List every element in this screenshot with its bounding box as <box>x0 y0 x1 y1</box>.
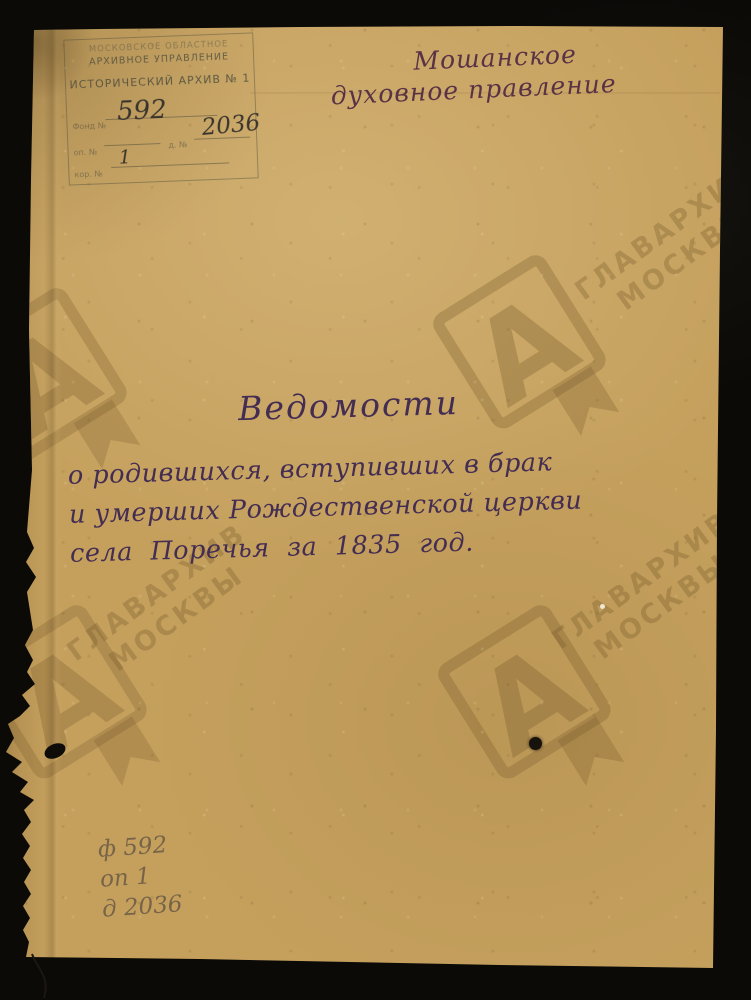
header-line2: духовное правление <box>330 66 671 112</box>
stamp-kor-label: кор. № <box>74 169 103 179</box>
stamp-archive-name: ИСТОРИЧЕСКИЙ АРХИВ № 1 <box>66 71 254 91</box>
stamp-op-label: оп. № <box>73 147 97 157</box>
stamp-delo-value: 2036 <box>201 110 262 141</box>
stamp-delo-label: д. № <box>168 140 187 150</box>
binding-crease <box>44 0 62 1000</box>
punched-hole <box>529 737 542 750</box>
archive-stamp: МОСКОВСКОЕ ОБЛАСТНОЕ АРХИВНОЕ УПРАВЛЕНИЕ… <box>63 32 258 185</box>
white-speck <box>600 604 605 609</box>
header-inscription: Мошанское духовное правление <box>329 35 671 112</box>
binding-thread <box>18 948 78 1000</box>
stamp-fond-value: 592 <box>116 95 167 127</box>
title-inscription: Ведомости о родившихся, вступивших в бра… <box>66 378 636 574</box>
title-heading: Ведомости <box>66 378 632 433</box>
pencil-archival-note: ф 592 оп 1 д 2036 <box>97 829 184 924</box>
stamp-kor-value: 1 <box>118 146 131 168</box>
pencil-delo: д 2036 <box>101 889 183 925</box>
stamp-fond-label: Фонд № <box>72 121 106 131</box>
archive-file-cover: ГЛАВАРХИВ МОСКВЫ А А ГЛАВАРХИВ МОСКВЫ А … <box>0 0 751 1000</box>
pencil-fond: ф 592 <box>97 829 179 865</box>
stamp-op-rule <box>104 143 160 146</box>
